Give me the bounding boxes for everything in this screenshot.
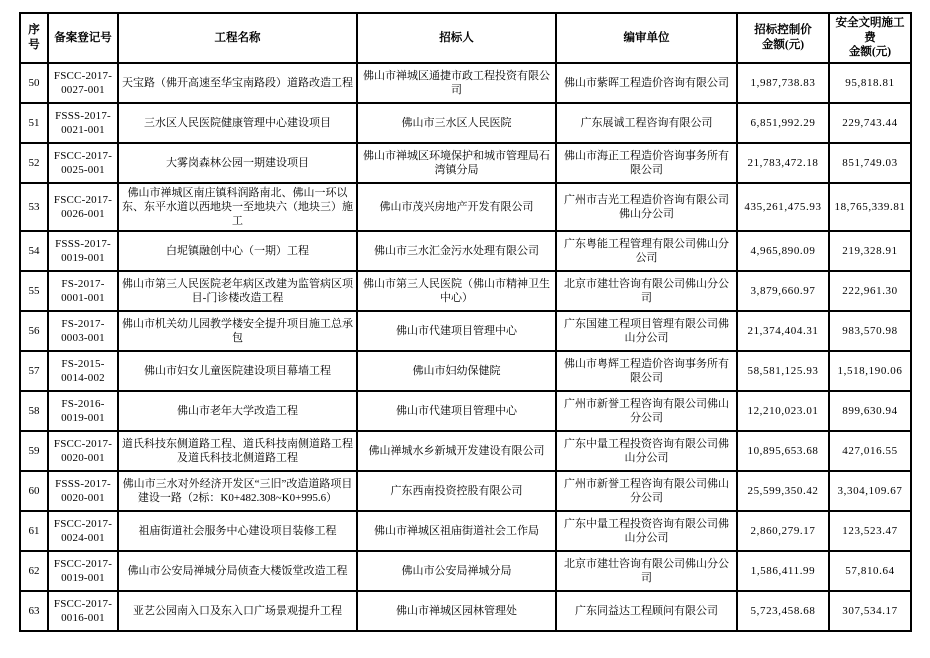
cell-tenderer: 佛山市代建项目管理中心	[357, 391, 556, 431]
cell-name: 亚艺公园南入口及东入口广场景观提升工程	[118, 591, 357, 631]
cell-name: 祖庙街道社会服务中心建设项目装修工程	[118, 511, 357, 551]
column-header-registration-number: 备案登记号	[48, 13, 118, 63]
cell-reviewer: 北京市建壮咨询有限公司佛山分公司	[556, 551, 737, 591]
cell-reg: FS-2017-0001-001	[48, 271, 118, 311]
cell-reviewer: 广州市新誉工程咨询有限公司佛山分公司	[556, 391, 737, 431]
cell-name: 佛山市机关幼儿园教学楼安全提升项目施工总承包	[118, 311, 357, 351]
cell-index: 58	[20, 391, 48, 431]
table-row: 53FSCC-2017-0026-001佛山市禅城区南庄镇科润路南北、佛山一环以…	[20, 183, 911, 231]
cell-safety_fee: 983,570.98	[829, 311, 911, 351]
cell-reg: FSSS-2017-0020-001	[48, 471, 118, 511]
cell-tenderer: 佛山市禅城区祖庙街道社会工作局	[357, 511, 556, 551]
cell-index: 50	[20, 63, 48, 103]
cell-reviewer: 广东粤能工程管理有限公司佛山分公司	[556, 231, 737, 271]
table-body: 50FSCC-2017-0027-001天宝路（佛开高速至华宝南路段）道路改造工…	[20, 63, 911, 631]
document-page: 序号 备案登记号 工程名称 招标人 编审单位 招标控制价 金额(元) 安全文明施…	[0, 0, 930, 658]
cell-control_price: 1,987,738.83	[737, 63, 829, 103]
cell-tenderer: 佛山市三水区人民医院	[357, 103, 556, 143]
cell-reg: FS-2015-0014-002	[48, 351, 118, 391]
cell-name: 佛山市禅城区南庄镇科润路南北、佛山一环以东、东平水道以西地块一至地块六（地块三）…	[118, 183, 357, 231]
table-row: 57FS-2015-0014-002佛山市妇女儿童医院建设项目幕墙工程佛山市妇幼…	[20, 351, 911, 391]
table-row: 59FSCC-2017-0020-001道氏科技东侧道路工程、道氏科技南侧道路工…	[20, 431, 911, 471]
table-row: 51FSSS-2017-0021-001三水区人民医院健康管理中心建设项目佛山市…	[20, 103, 911, 143]
cell-name: 佛山市第三人民医院老年病区改建为监管病区项目-门诊楼改造工程	[118, 271, 357, 311]
cell-index: 59	[20, 431, 48, 471]
column-header-review-unit: 编审单位	[556, 13, 737, 63]
cell-tenderer: 佛山市禅城区通捷市政工程投资有限公司	[357, 63, 556, 103]
cell-name: 大雾岗森林公园一期建设项目	[118, 143, 357, 183]
cell-tenderer: 佛山市禅城区环境保护和城市管理局石湾镇分局	[357, 143, 556, 183]
cell-reviewer: 佛山市粤辉工程造价咨询事务所有限公司	[556, 351, 737, 391]
cell-reviewer: 佛山市紫晖工程造价咨询有限公司	[556, 63, 737, 103]
cell-tenderer: 佛山市茂兴房地产开发有限公司	[357, 183, 556, 231]
cell-safety_fee: 427,016.55	[829, 431, 911, 471]
cell-tenderer: 佛山市禅城区园林管理处	[357, 591, 556, 631]
cell-reviewer: 广东同益达工程顾问有限公司	[556, 591, 737, 631]
cell-control_price: 21,374,404.31	[737, 311, 829, 351]
column-header-control-price: 招标控制价 金额(元)	[737, 13, 829, 63]
cell-index: 55	[20, 271, 48, 311]
cell-index: 52	[20, 143, 48, 183]
cell-control_price: 58,581,125.93	[737, 351, 829, 391]
cell-reg: FSCC-2017-0019-001	[48, 551, 118, 591]
cell-control_price: 4,965,890.09	[737, 231, 829, 271]
cell-safety_fee: 222,961.30	[829, 271, 911, 311]
cell-name: 白坭镇融创中心（一期）工程	[118, 231, 357, 271]
cell-safety_fee: 57,810.64	[829, 551, 911, 591]
cell-reviewer: 佛山市海正工程造价咨询事务所有限公司	[556, 143, 737, 183]
cell-reg: FSCC-2017-0016-001	[48, 591, 118, 631]
cell-control_price: 21,783,472.18	[737, 143, 829, 183]
cell-safety_fee: 18,765,339.81	[829, 183, 911, 231]
cell-index: 56	[20, 311, 48, 351]
tender-projects-table: 序号 备案登记号 工程名称 招标人 编审单位 招标控制价 金额(元) 安全文明施…	[19, 12, 912, 632]
cell-reg: FSCC-2017-0020-001	[48, 431, 118, 471]
cell-safety_fee: 899,630.94	[829, 391, 911, 431]
cell-reg: FS-2017-0003-001	[48, 311, 118, 351]
table-row: 50FSCC-2017-0027-001天宝路（佛开高速至华宝南路段）道路改造工…	[20, 63, 911, 103]
cell-reg: FS-2016-0019-001	[48, 391, 118, 431]
table-row: 60FSSS-2017-0020-001佛山市三水对外经济开发区“三旧”改造道路…	[20, 471, 911, 511]
table-row: 54FSSS-2017-0019-001白坭镇融创中心（一期）工程佛山市三水汇金…	[20, 231, 911, 271]
cell-control_price: 1,586,411.99	[737, 551, 829, 591]
cell-reviewer: 广东中量工程投资咨询有限公司佛山分公司	[556, 511, 737, 551]
table-row: 62FSCC-2017-0019-001佛山市公安局禅城分局侦查大楼饭堂改造工程…	[20, 551, 911, 591]
table-row: 61FSCC-2017-0024-001祖庙街道社会服务中心建设项目装修工程佛山…	[20, 511, 911, 551]
cell-reg: FSCC-2017-0025-001	[48, 143, 118, 183]
column-header-tenderer: 招标人	[357, 13, 556, 63]
column-header-serial: 序号	[20, 13, 48, 63]
cell-control_price: 10,895,653.68	[737, 431, 829, 471]
table-row: 58FS-2016-0019-001佛山市老年大学改造工程佛山市代建项目管理中心…	[20, 391, 911, 431]
column-header-safety-fee: 安全文明施工费 金额(元)	[829, 13, 911, 63]
cell-name: 道氏科技东侧道路工程、道氏科技南侧道路工程及道氏科技北侧道路工程	[118, 431, 357, 471]
cell-tenderer: 佛山市公安局禅城分局	[357, 551, 556, 591]
cell-index: 60	[20, 471, 48, 511]
cell-index: 61	[20, 511, 48, 551]
cell-control_price: 2,860,279.17	[737, 511, 829, 551]
cell-safety_fee: 851,749.03	[829, 143, 911, 183]
cell-reg: FSCC-2017-0026-001	[48, 183, 118, 231]
cell-safety_fee: 95,818.81	[829, 63, 911, 103]
table-header: 序号 备案登记号 工程名称 招标人 编审单位 招标控制价 金额(元) 安全文明施…	[20, 13, 911, 63]
cell-safety_fee: 123,523.47	[829, 511, 911, 551]
cell-reg: FSSS-2017-0019-001	[48, 231, 118, 271]
cell-safety_fee: 1,518,190.06	[829, 351, 911, 391]
cell-name: 天宝路（佛开高速至华宝南路段）道路改造工程	[118, 63, 357, 103]
cell-reviewer: 广东中量工程投资咨询有限公司佛山分公司	[556, 431, 737, 471]
cell-name: 佛山市老年大学改造工程	[118, 391, 357, 431]
cell-index: 63	[20, 591, 48, 631]
cell-safety_fee: 307,534.17	[829, 591, 911, 631]
cell-reg: FSSS-2017-0021-001	[48, 103, 118, 143]
cell-index: 51	[20, 103, 48, 143]
cell-name: 佛山市妇女儿童医院建设项目幕墙工程	[118, 351, 357, 391]
cell-index: 54	[20, 231, 48, 271]
cell-reg: FSCC-2017-0024-001	[48, 511, 118, 551]
cell-reviewer: 北京市建壮咨询有限公司佛山分公司	[556, 271, 737, 311]
column-header-project-name: 工程名称	[118, 13, 357, 63]
cell-control_price: 25,599,350.42	[737, 471, 829, 511]
cell-control_price: 3,879,660.97	[737, 271, 829, 311]
cell-reg: FSCC-2017-0027-001	[48, 63, 118, 103]
cell-reviewer: 广东国建工程项目管理有限公司佛山分公司	[556, 311, 737, 351]
cell-safety_fee: 229,743.44	[829, 103, 911, 143]
cell-tenderer: 佛山市妇幼保健院	[357, 351, 556, 391]
cell-control_price: 5,723,458.68	[737, 591, 829, 631]
table-row: 63FSCC-2017-0016-001亚艺公园南入口及东入口广场景观提升工程佛…	[20, 591, 911, 631]
cell-reviewer: 广东展诚工程咨询有限公司	[556, 103, 737, 143]
cell-control_price: 6,851,992.29	[737, 103, 829, 143]
cell-tenderer: 佛山市三水汇金污水处理有限公司	[357, 231, 556, 271]
cell-name: 佛山市公安局禅城分局侦查大楼饭堂改造工程	[118, 551, 357, 591]
cell-tenderer: 佛山禅城水乡新城开发建设有限公司	[357, 431, 556, 471]
table-row: 55FS-2017-0001-001佛山市第三人民医院老年病区改建为监管病区项目…	[20, 271, 911, 311]
cell-name: 三水区人民医院健康管理中心建设项目	[118, 103, 357, 143]
cell-reviewer: 广州市新誉工程咨询有限公司佛山分公司	[556, 471, 737, 511]
cell-index: 53	[20, 183, 48, 231]
cell-index: 62	[20, 551, 48, 591]
cell-control_price: 12,210,023.01	[737, 391, 829, 431]
cell-tenderer: 佛山市第三人民医院（佛山市精神卫生中心）	[357, 271, 556, 311]
cell-control_price: 435,261,475.93	[737, 183, 829, 231]
cell-name: 佛山市三水对外经济开发区“三旧”改造道路项目建设一路（2标：K0+482.308…	[118, 471, 357, 511]
cell-reviewer: 广州市吉光工程造价咨询有限公司佛山分公司	[556, 183, 737, 231]
cell-safety_fee: 219,328.91	[829, 231, 911, 271]
header-row: 序号 备案登记号 工程名称 招标人 编审单位 招标控制价 金额(元) 安全文明施…	[20, 13, 911, 63]
cell-tenderer: 广东西南投资控股有限公司	[357, 471, 556, 511]
cell-tenderer: 佛山市代建项目管理中心	[357, 311, 556, 351]
cell-safety_fee: 3,304,109.67	[829, 471, 911, 511]
cell-index: 57	[20, 351, 48, 391]
table-row: 56FS-2017-0003-001佛山市机关幼儿园教学楼安全提升项目施工总承包…	[20, 311, 911, 351]
table-row: 52FSCC-2017-0025-001大雾岗森林公园一期建设项目佛山市禅城区环…	[20, 143, 911, 183]
